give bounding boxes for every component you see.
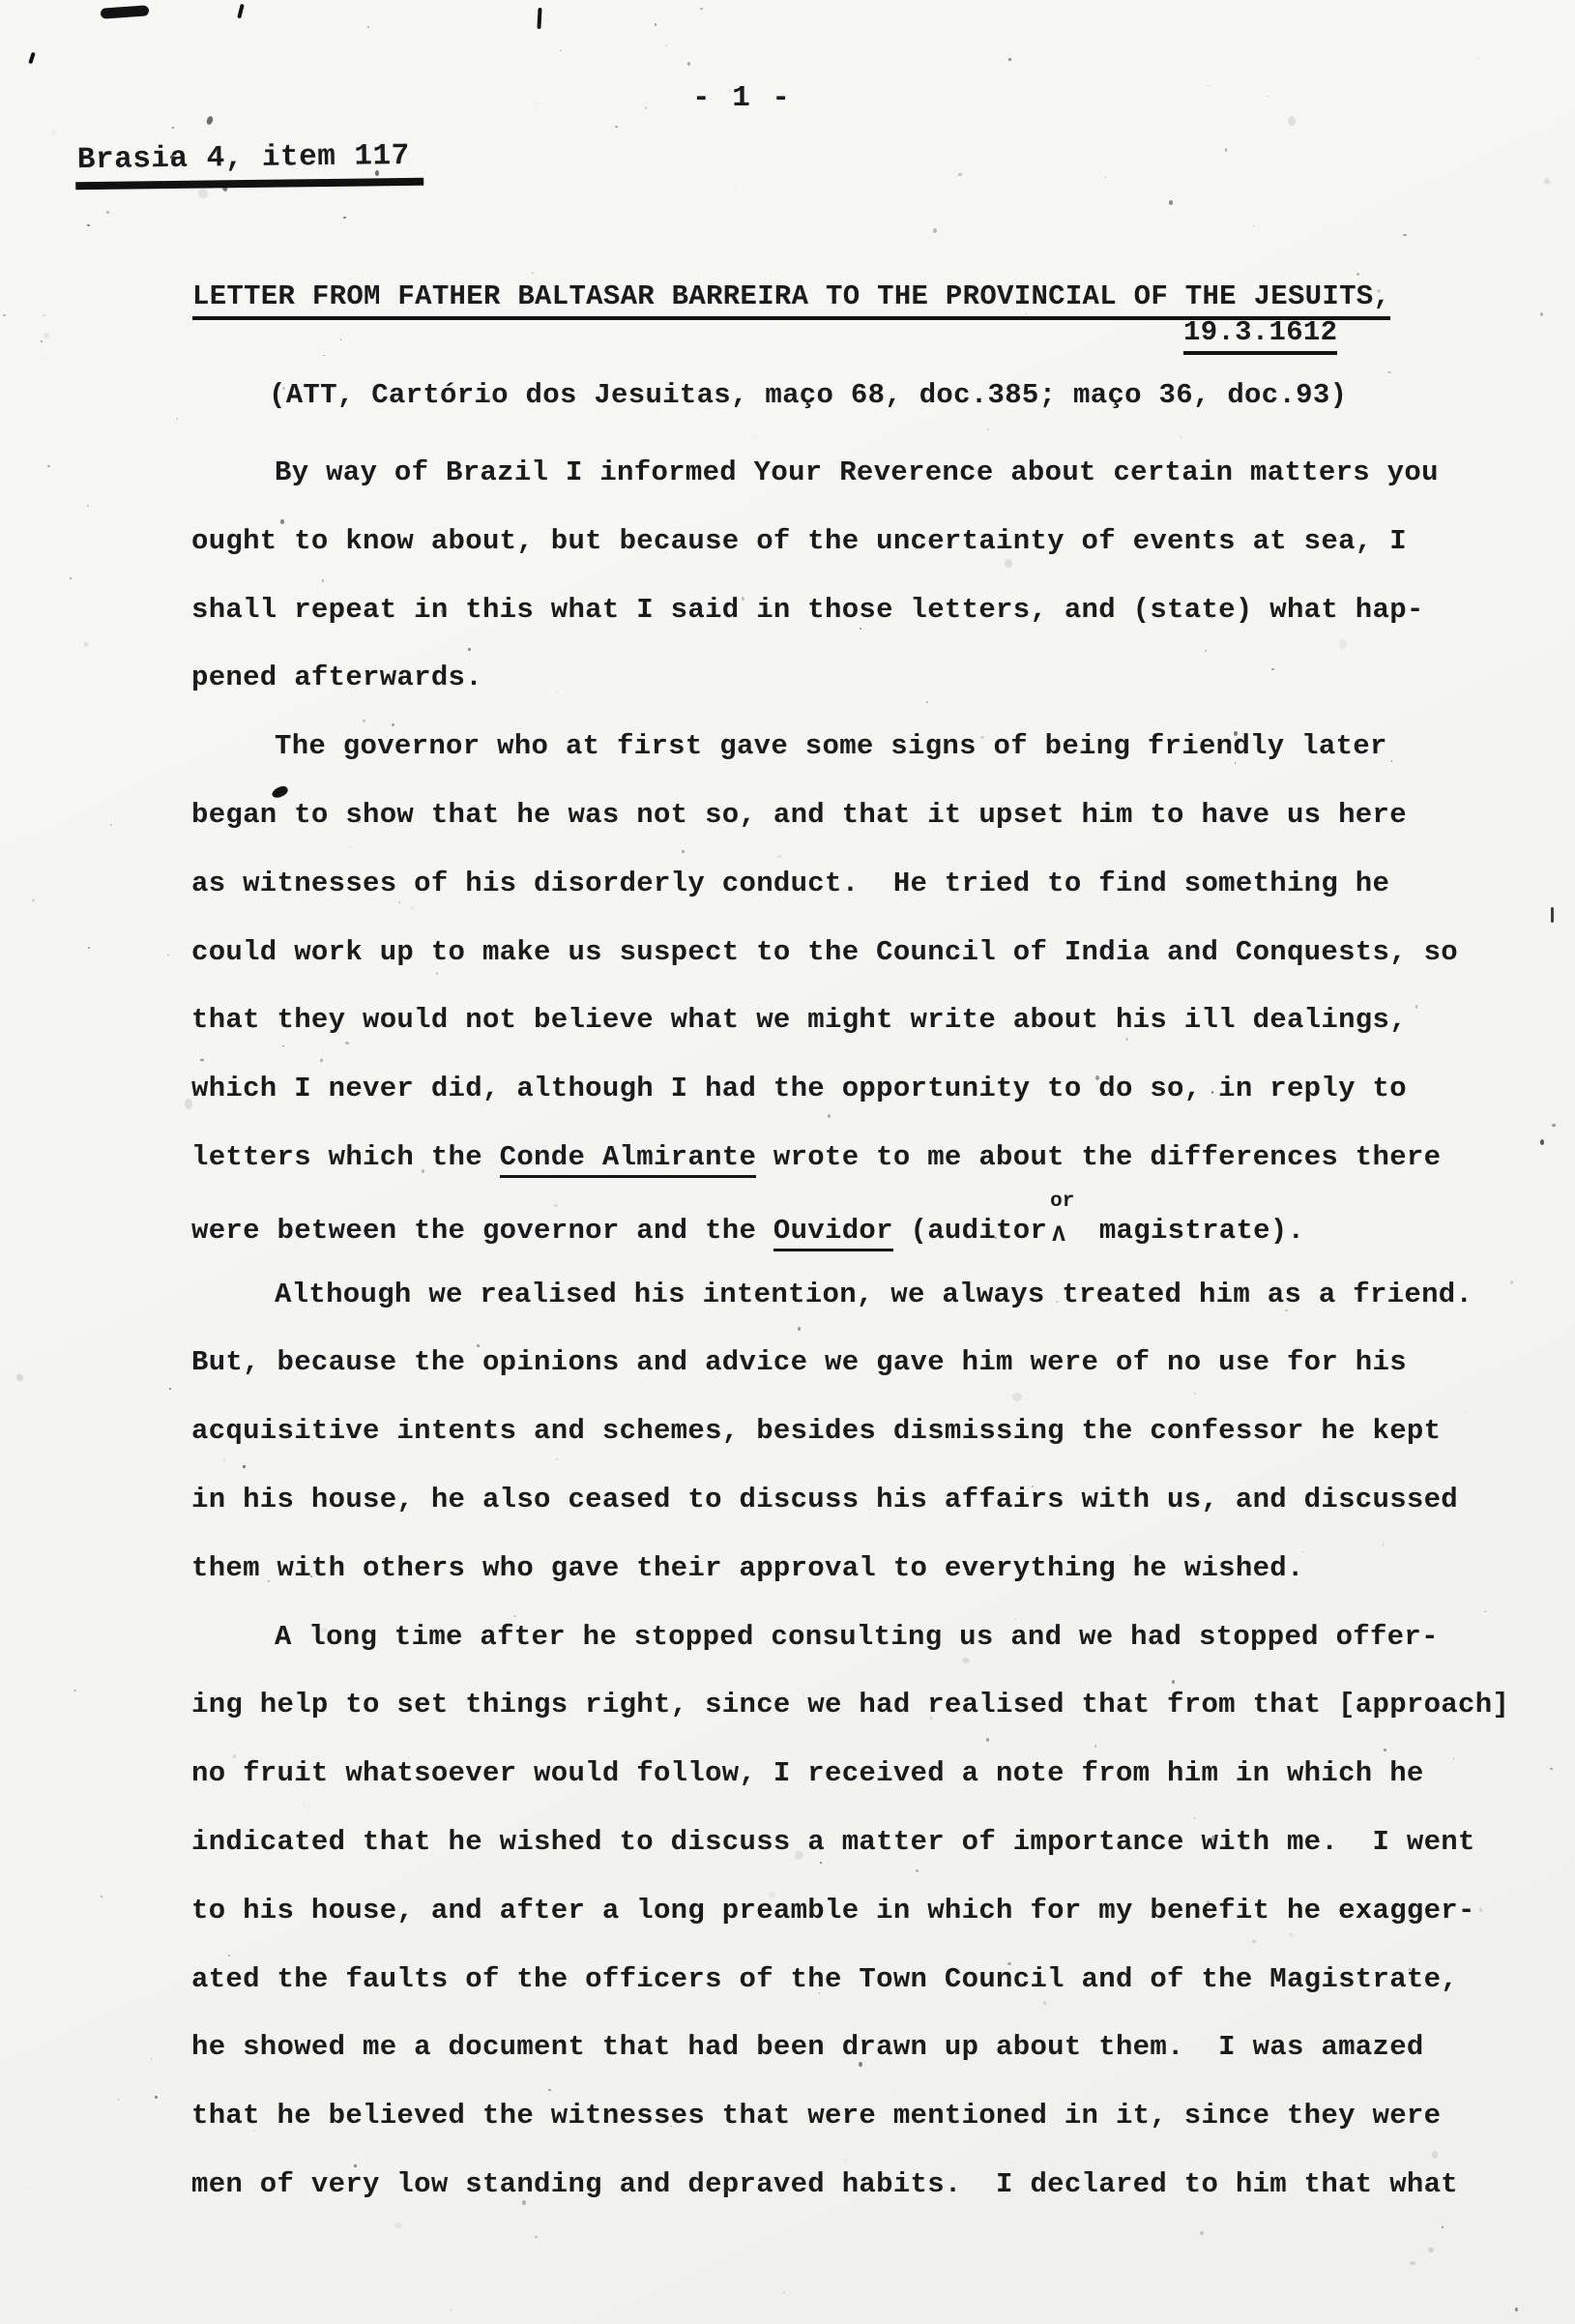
- paper-speck: [343, 217, 346, 219]
- typescript-line: Although we realised his intention, we a…: [191, 1278, 1555, 1346]
- paper-speck: [987, 428, 989, 430]
- paper-speck: [1194, 1817, 1195, 1819]
- paper-speck: [687, 62, 690, 66]
- paper-speck: [200, 1059, 204, 1061]
- paper-speck: [1200, 2231, 1204, 2235]
- paper-speck: [1410, 2261, 1415, 2265]
- line-text: were between the governor and the: [191, 1215, 773, 1247]
- paper-speck: [1288, 116, 1296, 126]
- paper-speck: [312, 1439, 313, 1440]
- line-text: A long time after he stopped consulting …: [275, 1621, 1439, 1653]
- paper-speck: [172, 127, 174, 128]
- paper-speck: [716, 1769, 720, 1773]
- paper-speck: [228, 1955, 230, 1956]
- line-text: ought to know about, but because of the …: [191, 525, 1407, 557]
- paper-speck: [310, 1575, 311, 1576]
- paper-speck: [532, 273, 534, 275]
- typescript-line: ing help to set things right, since we h…: [191, 1688, 1555, 1756]
- paper-speck: [87, 505, 89, 506]
- paper-speck: [723, 2190, 726, 2192]
- paper-speck: [422, 1169, 424, 1173]
- paper-speck: [548, 2089, 552, 2091]
- line-text: indicated that he wished to discuss a ma…: [191, 1826, 1475, 1858]
- paper-speck: [3, 314, 6, 316]
- paper-speck: [798, 1327, 801, 1330]
- paper-speck: [1208, 85, 1209, 86]
- paper-speck: [84, 642, 88, 647]
- paper-speck: [51, 130, 55, 134]
- paper-speck: [1409, 1968, 1411, 1970]
- line-text: wrote to me about the differences there: [756, 1141, 1441, 1173]
- paper-speck: [1356, 273, 1359, 276]
- archive-citation: (ATT, Cartório dos Jesuitas, maço 68, do…: [269, 379, 1347, 411]
- insertion-superscript: or: [1050, 1185, 1074, 1220]
- typescript-line: no fruit whatsoever would follow, I rece…: [191, 1756, 1555, 1825]
- paper-speck: [1172, 1680, 1175, 1684]
- line-text: as witnesses of his disorderly conduct. …: [191, 868, 1389, 899]
- paper-speck: [962, 1658, 971, 1663]
- typescript-line: that he believed the witnesses that were…: [191, 2099, 1555, 2167]
- typescript-line: indicated that he wished to discuss a ma…: [191, 1825, 1555, 1894]
- line-text: that they would not believe what we migh…: [191, 1004, 1407, 1036]
- paper-speck: [1339, 639, 1348, 649]
- paper-speck: [392, 723, 394, 726]
- paper-speck: [110, 824, 112, 825]
- line-text: no fruit whatsoever would follow, I rece…: [191, 1757, 1424, 1789]
- paper-speck: [306, 400, 306, 401]
- paper-speck: [151, 2058, 152, 2059]
- line-text: in his house, he also ceased to discuss …: [191, 1484, 1458, 1515]
- paper-speck: [408, 2115, 411, 2119]
- paper-speck: [323, 355, 324, 356]
- line-text: them with others who gave their approval…: [191, 1552, 1304, 1584]
- paper-speck: [665, 44, 667, 46]
- paper-speck: [101, 1896, 102, 1897]
- paper-speck: [783, 2292, 785, 2294]
- archive-reference-heading: Brasia 4, item 117: [75, 139, 423, 190]
- line-text: Although we realised his intention, we a…: [275, 1279, 1473, 1310]
- line-text: shall repeat in this what I said in thos…: [191, 594, 1424, 626]
- paper-speck: [73, 1690, 76, 1692]
- paper-speck: [1253, 225, 1254, 226]
- paper-speck: [280, 519, 284, 524]
- line-text: acquisitive intents and schemes, besides…: [191, 1415, 1441, 1447]
- paper-speck: [1008, 58, 1012, 61]
- typescript-line: But, because the opinions and advice we …: [191, 1345, 1555, 1414]
- paper-speck: [1205, 650, 1207, 651]
- paper-speck: [1552, 1124, 1556, 1128]
- letter-body: By way of Brazil I informed Your Reveren…: [191, 456, 1555, 2236]
- paper-speck: [1194, 1393, 1196, 1395]
- paper-speck: [320, 1059, 324, 1061]
- paper-speck: [1234, 731, 1238, 736]
- typescript-line: them with others who gave their approval…: [191, 1551, 1555, 1620]
- paper-speck: [167, 955, 168, 956]
- paper-speck: [995, 1237, 996, 1238]
- page-number: - 1 -: [692, 81, 792, 115]
- typescript-line: which I never did, although I had the op…: [191, 1072, 1555, 1140]
- line-text: could work up to make us suspect to the …: [191, 936, 1458, 968]
- ink-smudge: [101, 5, 150, 18]
- paper-speck: [321, 1628, 328, 1633]
- caret-icon: Λ: [1052, 1218, 1065, 1252]
- paper-speck: [70, 577, 72, 579]
- paper-speck: [1252, 1940, 1256, 1943]
- typescript-line: letters which the Conde Almirante wrote …: [191, 1140, 1555, 1209]
- paper-speck: [1267, 96, 1268, 97]
- paper-speck: [1477, 58, 1479, 59]
- paper-speck: [358, 820, 361, 823]
- paper-speck: [536, 103, 537, 103]
- paper-speck: [1484, 1610, 1486, 1612]
- line-text: The governor who at first gave some sign…: [275, 730, 1387, 762]
- typescript-line: A long time after he stopped consulting …: [191, 1620, 1555, 1689]
- paper-speck: [980, 1911, 983, 1914]
- paper-speck: [451, 2309, 452, 2310]
- paper-speck: [1544, 178, 1550, 185]
- typescript-line: he showed me a document that had been dr…: [191, 2030, 1555, 2099]
- ink-smudge: [1551, 907, 1554, 923]
- typescript-line: as witnesses of his disorderly conduct. …: [191, 867, 1555, 935]
- paper-speck: [185, 1099, 191, 1108]
- paper-speck: [700, 8, 703, 10]
- letter-date: 19.3.1612: [1183, 316, 1337, 355]
- paper-speck: [1032, 1486, 1034, 1487]
- paper-speck: [777, 855, 782, 858]
- paper-speck: [1181, 436, 1181, 438]
- underlined-phrase: Conde Almirante: [500, 1141, 757, 1178]
- paper-speck: [933, 228, 937, 233]
- paper-speck: [88, 947, 90, 949]
- ink-smudge: [28, 52, 36, 65]
- scanned-typescript-page: - 1 - Brasia 4, item 117 LETTER FROM FAT…: [0, 0, 1575, 2324]
- paper-speck: [1385, 2114, 1386, 2116]
- paper-speck: [1428, 2248, 1434, 2253]
- paper-speck: [1515, 2308, 1518, 2311]
- paper-speck: [16, 1374, 22, 1381]
- paper-speck: [44, 333, 50, 339]
- paper-speck: [169, 1388, 171, 1390]
- line-text: But, because the opinions and advice we …: [191, 1346, 1407, 1378]
- typescript-line: acquisitive intents and schemes, besides…: [191, 1414, 1555, 1483]
- typescript-line: could work up to make us suspect to the …: [191, 935, 1555, 1004]
- paper-speck: [345, 1042, 349, 1044]
- line-text: ated the faults of the officers of the T…: [191, 1963, 1458, 1995]
- ink-smudge: [237, 4, 245, 19]
- insertion-mark: orΛ: [1047, 1209, 1082, 1238]
- paper-speck: [795, 1851, 803, 1860]
- paper-speck: [322, 579, 324, 581]
- paper-speck: [1540, 312, 1544, 317]
- paper-speck: [682, 850, 685, 852]
- ink-smudge: [1540, 1139, 1544, 1145]
- paper-speck: [755, 437, 756, 439]
- typescript-line: By way of Brazil I informed Your Reveren…: [191, 456, 1555, 524]
- letter-title-line-1: LETTER FROM FATHER BALTASAR BARREIRA TO …: [192, 280, 1390, 320]
- paper-speck: [1285, 1309, 1288, 1312]
- paper-speck: [1211, 1836, 1214, 1839]
- paper-speck: [859, 2062, 862, 2067]
- ink-smudge: [375, 170, 379, 176]
- typescript-line: ated the faults of the officers of the T…: [191, 1962, 1555, 2031]
- line-text: (auditor: [893, 1215, 1047, 1247]
- paper-speck: [535, 2236, 539, 2239]
- line-text: By way of Brazil I informed Your Reveren…: [275, 456, 1439, 488]
- paper-speck: [1510, 1280, 1513, 1284]
- paper-speck: [1377, 289, 1381, 293]
- paper-speck: [1007, 1962, 1011, 1964]
- paper-speck: [1387, 371, 1391, 374]
- paper-speck: [32, 898, 35, 902]
- paper-speck: [916, 1869, 919, 1872]
- line-text: pened afterwards.: [191, 662, 482, 693]
- paper-speck: [367, 26, 369, 28]
- paper-speck: [655, 23, 656, 26]
- paper-speck: [860, 628, 861, 630]
- paper-speck: [436, 972, 438, 975]
- paper-speck: [1056, 1301, 1059, 1303]
- typescript-line: ought to know about, but because of the …: [191, 524, 1555, 593]
- line-text: magistrate).: [1082, 1215, 1304, 1247]
- paper-speck: [410, 906, 416, 910]
- paper-speck: [1169, 200, 1173, 205]
- typescript-line: pened afterwards.: [191, 661, 1555, 729]
- typescript-line: shall repeat in this what I said in thos…: [191, 593, 1555, 662]
- line-text: to his house, and after a long preamble …: [191, 1895, 1475, 1927]
- line-text: letters which the: [191, 1141, 500, 1173]
- paper-speck: [1105, 177, 1106, 178]
- paper-speck: [1016, 1835, 1019, 1837]
- paper-speck: [615, 126, 618, 128]
- paper-speck: [735, 190, 737, 191]
- ink-smudge: [170, 155, 175, 160]
- paper-speck: [645, 106, 648, 109]
- paper-speck: [177, 418, 178, 419]
- paper-speck: [118, 2099, 119, 2100]
- paper-speck: [1479, 1908, 1482, 1911]
- ink-smudge: [537, 8, 541, 29]
- paper-speck: [1415, 1005, 1418, 1008]
- paper-speck: [223, 1459, 225, 1461]
- paper-speck: [282, 1045, 283, 1046]
- paper-speck: [472, 805, 476, 808]
- paper-speck: [958, 173, 962, 176]
- line-text: to show that he was not so, and that it …: [277, 799, 1407, 831]
- paper-speck: [1403, 234, 1407, 237]
- paper-speck: [1432, 2151, 1438, 2159]
- paper-speck: [1391, 760, 1392, 761]
- typescript-line: began to show that he was not so, and th…: [191, 798, 1555, 867]
- line-text: men of very low standing and depraved ha…: [191, 2168, 1458, 2200]
- paper-speck: [282, 387, 284, 390]
- paper-speck: [340, 338, 341, 340]
- typescript-line: were between the governor and the Ouvido…: [191, 1209, 1555, 1278]
- paper-speck: [28, 2188, 29, 2189]
- paper-speck: [1225, 148, 1227, 151]
- paper-speck: [47, 465, 50, 468]
- paper-speck: [1211, 1091, 1213, 1094]
- typescript-line: to his house, and after a long preamble …: [191, 1894, 1555, 1962]
- line-text: he showed me a document that had been dr…: [191, 2031, 1424, 2063]
- paper-speck: [522, 2200, 526, 2204]
- typescript-line: in his house, he also ceased to discuss …: [191, 1483, 1555, 1551]
- line-text: that he believed the witnesses that were…: [191, 2100, 1441, 2132]
- line-text: began: [191, 799, 277, 831]
- paper-speck: [820, 1862, 822, 1864]
- paper-speck: [106, 211, 109, 214]
- paper-speck: [87, 224, 90, 227]
- paper-speck: [560, 50, 562, 51]
- paper-speck: [1005, 559, 1011, 568]
- paper-speck: [198, 189, 208, 199]
- paper-speck: [155, 2096, 158, 2099]
- ink-smudge: [206, 115, 215, 126]
- paper-speck: [706, 479, 708, 481]
- typescript-line: The governor who at first gave some sign…: [191, 729, 1555, 798]
- line-text: ing help to set things right, since we h…: [191, 1689, 1509, 1721]
- paper-speck: [1207, 1900, 1210, 1904]
- paper-speck: [41, 357, 42, 358]
- paper-speck: [769, 1892, 775, 1897]
- paper-speck: [43, 314, 45, 316]
- paper-speck: [41, 340, 43, 342]
- typescript-line: that they would not believe what we migh…: [191, 1003, 1555, 1072]
- underlined-phrase: Ouvidor: [773, 1215, 893, 1251]
- line-text: which I never did, although I had the op…: [191, 1073, 1407, 1104]
